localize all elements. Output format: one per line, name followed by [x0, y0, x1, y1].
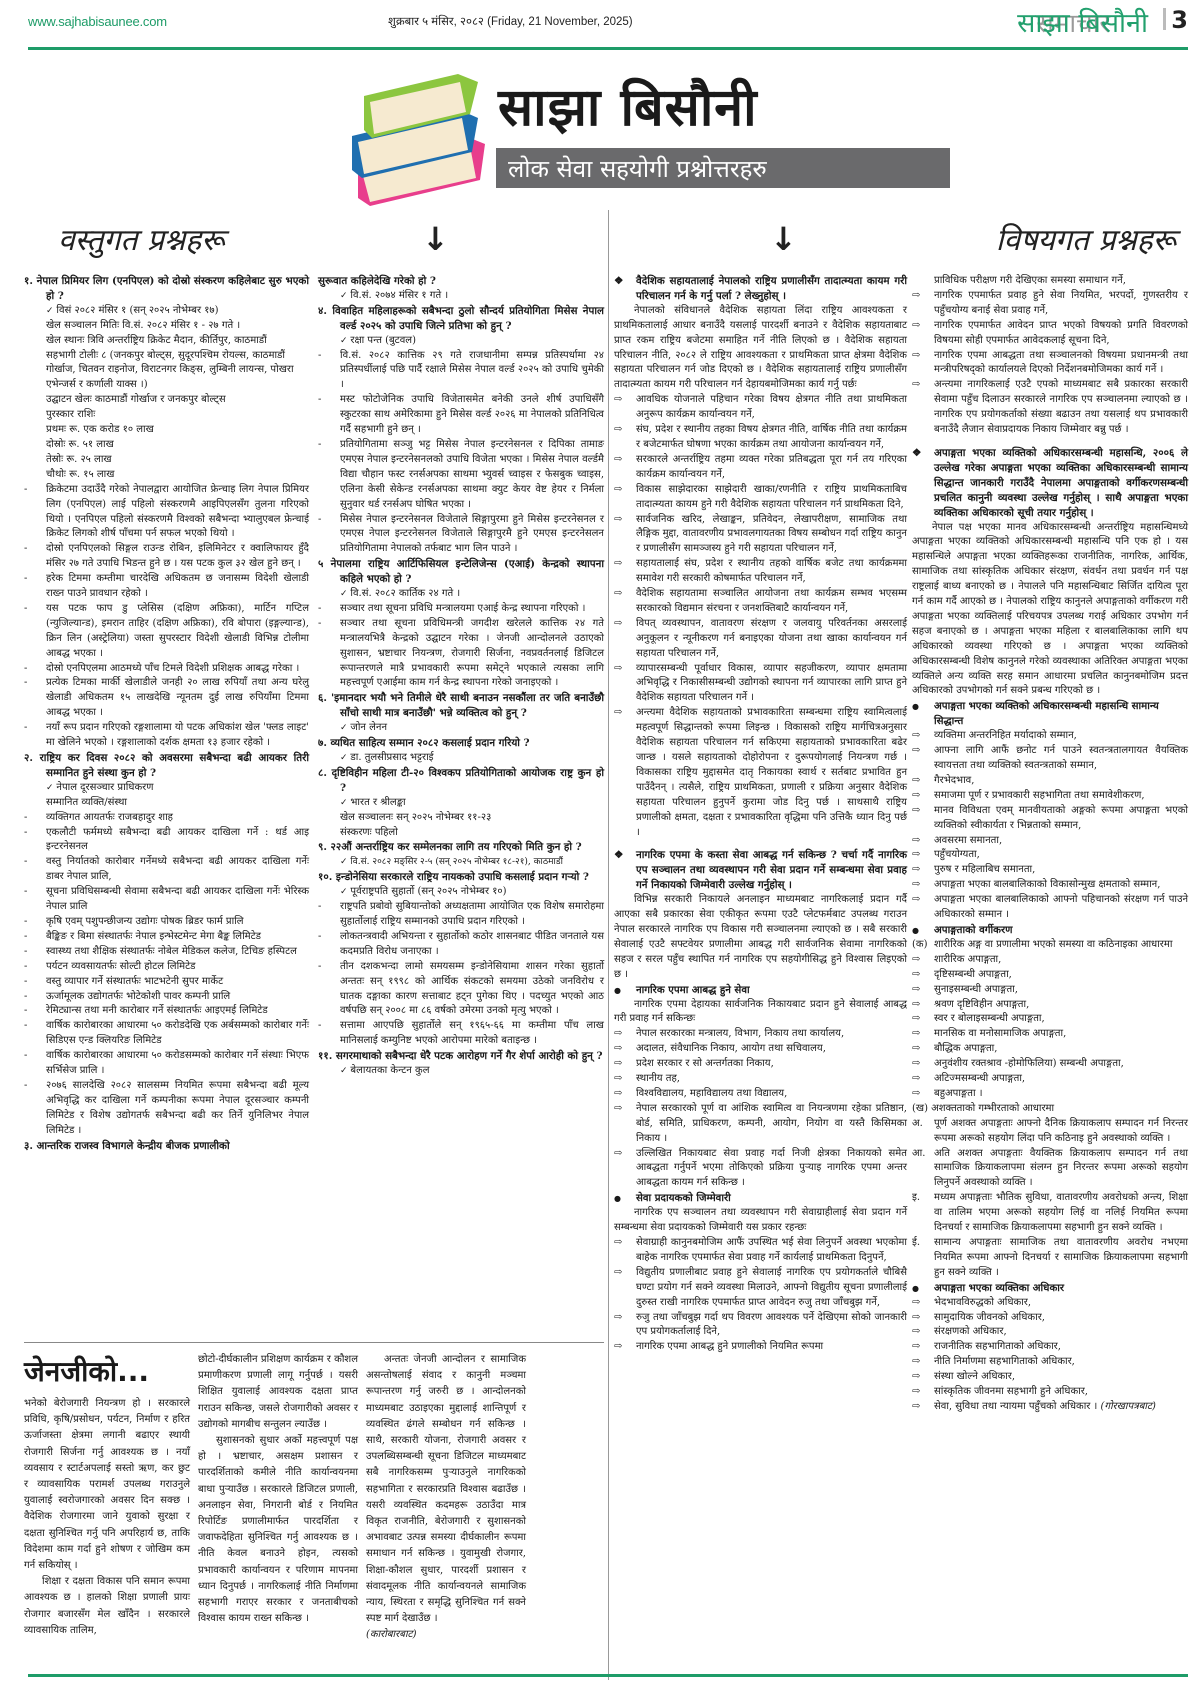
dash-marker: -	[318, 617, 340, 632]
list-item: -राष्ट्रपति प्रबोवो सुबियान्तोको अध्यक्ष…	[318, 900, 604, 930]
subheading: ●अपाङ्गता भएका व्यक्तिको अधिकारसम्बन्धी …	[912, 699, 1188, 729]
continued-text: प्राविधिक परीक्षण गरी देखिएका समस्या समा…	[912, 274, 1188, 289]
arrow-right-icon: ⇨	[912, 1296, 934, 1311]
list-item-text: सांस्कृतिक जीवनमा सहभागी हुने अधिकार,	[934, 1386, 1088, 1397]
list-item: ⇨मानसिक वा मनोसामाजिक अपाङ्गता,	[912, 1027, 1188, 1042]
list-marker: अ.	[912, 1117, 934, 1132]
list-item-text: राजनीतिक सहभागिताको अधिकार,	[934, 1341, 1061, 1352]
arrow-right-icon: ⇨	[912, 1385, 934, 1400]
list-item-text: एकलौटी फर्ममध्ये सबैभन्दा बढी आयकर दाखिल…	[46, 827, 309, 853]
arrow-right-icon: ⇨	[912, 789, 934, 804]
subheading-text: नागरिक एपमा आबद्ध हुने सेवा	[636, 984, 750, 996]
question-text: नागरिक एपमा के कस्ता सेवा आबद्ध गर्न सकि…	[636, 849, 907, 891]
answer-7: डा. तुलसीप्रसाद भट्टराई	[318, 751, 604, 766]
list-item-text: प्रतियोगितामा सञ्जु भट्ट मिसेस नेपाल इन्…	[340, 439, 604, 510]
page-number-divider	[1163, 8, 1166, 30]
detail-line: सम्मानित व्यक्ति/संस्था	[24, 796, 309, 811]
answer-4: रक्षा पन्त (बुटवल)	[318, 334, 604, 349]
arrow-right-icon: ⇨	[912, 834, 934, 849]
list-item: ⇨अपाङ्गता भएका बालबालिकाको आफ्नो पहिचानक…	[912, 893, 1188, 923]
column-divider	[608, 210, 609, 1680]
article-column-1: भनेको बेरोजगारी नियन्त्रण हो । सरकारले प…	[24, 1396, 190, 1639]
dash-marker: -	[24, 855, 46, 870]
list-item: -पर्यटन व्यवसायतर्फः सोल्टी होटल लिमिटेड	[24, 960, 309, 975]
list-item: (क)शारीरिक अङ्ग वा प्रणालीमा भएको समस्या…	[912, 938, 1188, 953]
list-item-text: मस्ट फोटोजेनिक उपाधि विजेतासमेत बनेकी उन…	[340, 394, 604, 435]
detail-line: उद्घाटन खेलः काठमाडौं गोर्खाज र जनकपुर ब…	[24, 393, 309, 408]
list-item: ⇨अन्त्यमा वैदेशिक सहायताको प्रभावकारिता …	[614, 706, 907, 840]
subjective-question-2: ❖नागरिक एपमा के कस्ता सेवा आबद्ध गर्न सक…	[614, 848, 907, 893]
list-item: -कृषि एवम् पशुपन्छीजन्य उद्योगः पोषक ब्र…	[24, 915, 309, 930]
list-item-text: सेवा, सुविधा तथा न्यायमा पहुँचको अधिकार …	[934, 1401, 1097, 1412]
list-item: -२०७६ सालदेखि २०८२ सालसम्म नियमित रूपमा …	[24, 1079, 309, 1139]
list-item: ⇨विकास साझेदारका साझेदारी खाका/रणनीति र …	[614, 483, 907, 513]
dash-marker: -	[24, 930, 46, 945]
arrow-right-icon: ⇨	[912, 893, 934, 908]
list-item: -दोस्रो एनपिएलको सिङ्गल राउन्ड रोबिन, इल…	[24, 542, 309, 572]
detail-line: सहभागी टोलीः ८ (जनकपुर बोल्ट्स, सुदूरपश्…	[24, 349, 309, 394]
list-item-text: अनुवंशीय रक्तश्राव -होमोफिलिया) सम्बन्धी…	[934, 1058, 1124, 1069]
answer-8: भारत र श्रीलङ्का	[318, 796, 604, 811]
dash-marker: -	[24, 1004, 46, 1019]
list-item: -यस पटक फाप डु प्लेसिस (दक्षिण अफ्रिका),…	[24, 602, 309, 662]
list-item: -सत्तामा आएपछि सुहार्तोले सन् १९६५-६६ मा…	[318, 1019, 604, 1049]
list-item: ⇨अवसरमा समानता,	[912, 834, 1188, 849]
list-item: ⇨उल्लिखित निकायबाट सेवा प्रवाह गर्दा निज…	[614, 1147, 907, 1192]
list-item: ⇨नागरिक एपमार्फत प्रवाह हुने सेवा नियमित…	[912, 289, 1188, 319]
diamond-bullet-icon: ❖	[614, 848, 636, 863]
subheading: ●नागरिक एपमा आबद्ध हुने सेवा	[614, 983, 907, 998]
article-paragraph: सुशासनको सुधार अर्को महत्त्वपूर्ण पक्ष ह…	[198, 1433, 358, 1627]
list-item-text: विद्युतीय प्रणालीबाट प्रवाह हुने सेवालाई…	[636, 1267, 907, 1308]
list-item-text: समाजमा पूर्ण र प्रभावकारी सहभागिता तथा स…	[934, 790, 1145, 801]
detail-line: पुरस्कार राशिः	[24, 408, 309, 423]
subjective-question-1: ❖वैदेशिक सहायतालाई नेपालको राष्ट्रिय प्र…	[614, 274, 907, 304]
subheading: ●सेवा प्रदायकको जिम्मेवारी	[614, 1191, 907, 1206]
arrow-right-icon: ⇨	[912, 1311, 934, 1326]
arrow-right-icon: ⇨	[614, 1102, 636, 1117]
answer-6: जोन लेनन	[318, 721, 604, 736]
arrow-right-icon: ⇨	[912, 998, 934, 1013]
list-item-text: पुरुष र महिलाबिच समानता,	[934, 864, 1035, 875]
list-item: ⇨विद्युतीय प्रणालीबाट प्रवाह हुने सेवाला…	[614, 1266, 907, 1311]
list-item-text: व्यापारसम्बन्धी पूर्वाधार विकास, व्यापार…	[636, 663, 907, 704]
dash-marker: -	[24, 975, 46, 990]
list-item: ⇨स्वर र बोलाइसम्बन्धी अपाङ्गता,	[912, 1012, 1188, 1027]
arrow-right-icon: ⇨	[912, 983, 934, 998]
list-item: ⇨वैदेशिक सहायतामा सञ्चालित आयोजना तथा का…	[614, 587, 907, 617]
list-item-text: सामान्य अपाङ्गताः सामाजिक तथा वातावरणीय …	[934, 1237, 1188, 1278]
detail-line: खेल सञ्चालनः सन् २०२५ नोभेम्बर ११-२३	[318, 811, 604, 826]
list-item-text: तीन दशकभन्दा लामो समयसम्म इन्डोनेसियामा …	[340, 961, 604, 1017]
answer-paragraph: नागरिक एप सञ्चालन तथा व्यवस्थापन गरी सेव…	[614, 1206, 907, 1236]
list-item: -मस्ट फोटोजेनिक उपाधि विजेतासमेत बनेकी उ…	[318, 393, 604, 438]
list-item-text: संस्था खोल्ने अधिकार,	[934, 1371, 1015, 1382]
answer-paragraph: नागरिक एपमा देहायका सार्वजनिक निकायबाट प…	[614, 998, 907, 1028]
list-item-text: अपाङ्गता भएका बालबालिकाको विकासोन्मुख क्…	[934, 879, 1160, 890]
header-rule	[28, 47, 1188, 50]
dash-marker: -	[24, 572, 46, 587]
list-item: ⇨स्थानीय तह,	[614, 1072, 907, 1087]
list-item-text: संरक्षणको अधिकार,	[934, 1326, 1007, 1337]
list-item: -मिसेस नेपाल इन्टरनेसनल विजेताले सिङ्गाप…	[318, 513, 604, 558]
arrow-right-icon: ⇨	[614, 1236, 636, 1251]
list-item-text: नेपाल सरकारका मन्त्रालय, विभाग, निकाय तथ…	[636, 1028, 844, 1039]
arrow-right-icon: ⇨	[912, 319, 934, 334]
list-item-text: नागरिक एपमा आबद्ध हुने प्रणालीको नियमित …	[636, 1341, 823, 1352]
arrow-right-icon: ⇨	[912, 1012, 934, 1027]
masthead: साझा बिसौनी लोक सेवा सहयोगी प्रश्नोत्तरह…	[330, 68, 950, 208]
list-item-text: विश्वविद्यालय, महाविद्यालय तथा विद्यालय,	[636, 1088, 787, 1099]
list-item: -वस्तु व्यापार गर्ने संस्थातर्फः भाटभटेन…	[24, 975, 309, 990]
diamond-bullet-icon: ❖	[912, 446, 934, 461]
list-item: -सूचना प्रविधिसम्बन्धी सेवामा सबैभन्दा ब…	[24, 885, 309, 915]
list-marker: आ.	[912, 1147, 934, 1162]
list-item-text: २०७६ सालदेखि २०८२ सालसम्म नियमित रूपमा स…	[46, 1080, 309, 1136]
question-4: ४. विवाहित महिलाहरूको सबैभन्दा ठुलो सौन्…	[318, 304, 604, 334]
list-item: -लोकतन्त्रवादी अभियन्ता र सुहार्तोको कठो…	[318, 930, 604, 960]
list-item: ⇨गैरभेदभाव,	[912, 774, 1188, 789]
answer-paragraph: नेपाल पक्ष भएका मानव अधिकारसम्बन्धी अन्त…	[912, 521, 1188, 700]
arrow-right-icon: ⇨	[614, 1266, 636, 1281]
list-item: -ऊर्जामूलक उद्योगतर्फः भोटेकोशी पावर कम्…	[24, 990, 309, 1005]
list-item: ⇨संघ, प्रदेश र स्थानीय तहका विषय क्षेत्र…	[614, 423, 907, 453]
list-item: ⇨मानव विविधता एवम् मानवीयताको अङ्गको रूप…	[912, 804, 1188, 834]
list-item-text: क्रिकेटमा उदाउँदै गरेको नेपालद्वारा आयोज…	[46, 484, 309, 540]
subheading-text: सेवा प्रदायकको जिम्मेवारी	[636, 1192, 731, 1204]
list-item-text: सरकारले अन्तर्राष्ट्रिय तहमा व्यक्त गरेक…	[636, 454, 907, 480]
list-item-text: मिसेस नेपाल इन्टरनेसनल विजेताले सिङ्गापु…	[340, 514, 604, 555]
list-heading: (ख) अशक्तताको गम्भीरताको आधारमा	[912, 1102, 1188, 1117]
list-item-text: सहायतालाई संघ, प्रदेश र स्थानीय तहको वार…	[636, 558, 907, 584]
subjective-column-2: प्राविधिक परीक्षण गरी देखिएका समस्या समा…	[912, 274, 1188, 1415]
arrow-right-icon: ⇨	[912, 744, 934, 759]
page-number: 3	[1171, 6, 1188, 34]
list-item: -वार्षिक कारोबारका आधारमा ५० करोडदेखि एक…	[24, 1019, 309, 1049]
site-url-link[interactable]: www.sajhabisaunee.com	[28, 14, 167, 29]
list-item: ⇨सांस्कृतिक जीवनमा सहभागी हुने अधिकार,	[912, 1385, 1188, 1400]
list-item-text: वार्षिक कारोबारका आधारमा ५० करोडसम्मको क…	[46, 1050, 309, 1076]
source-credit: (गोरखापत्रबाट)	[1101, 1401, 1156, 1412]
article-paragraph: भनेको बेरोजगारी नियन्त्रण हो । सरकारले प…	[24, 1396, 190, 1574]
objective-questions-heading: वस्तुगत प्रश्नहरू	[58, 218, 225, 259]
subheading-text: अपाङ्गताको वर्गीकरण	[934, 924, 1013, 936]
arrow-right-icon: ⇨	[614, 587, 636, 602]
dash-marker: -	[318, 602, 340, 617]
article-divider	[24, 1342, 604, 1343]
arrow-right-icon: ⇨	[912, 1355, 934, 1370]
list-item-text: सूचना प्रविधिसम्बन्धी सेवामा सबैभन्दा बढ…	[46, 886, 309, 912]
list-item: -बैङ्किङ र बिमा संस्थातर्फः नेपाल इन्भेस…	[24, 930, 309, 945]
question-7: ७. व्यथित साहित्य सम्मान २०८२ कसलाई प्रद…	[318, 736, 604, 751]
list-item-text: पहुँचयोग्यता,	[934, 849, 980, 860]
arrow-right-icon: ⇨	[912, 953, 934, 968]
list-item-text: अटिज्मसम्बन्धी अपाङ्गता,	[934, 1073, 1025, 1084]
source-credit: (कारोबारबाट)	[366, 1627, 526, 1643]
article-title: जेनजीको...	[24, 1352, 149, 1390]
dash-marker: -	[318, 438, 340, 453]
arrow-right-icon: ⇨	[912, 289, 934, 304]
dash-marker: -	[318, 900, 340, 915]
arrow-right-icon: ⇨	[614, 706, 636, 721]
list-item: ⇨अटिज्मसम्बन्धी अपाङ्गता,	[912, 1072, 1188, 1087]
dash-marker: -	[318, 393, 340, 408]
arrow-right-icon: ⇨	[614, 1072, 636, 1087]
dash-marker: -	[24, 826, 46, 841]
list-item-text: अपाङ्गता भएका बालबालिकाको आफ्नो पहिचानको…	[934, 894, 1188, 920]
diamond-bullet-icon: ❖	[614, 274, 636, 289]
list-item-text: रुजु तथा जाँचबुझ गर्दा थप विवरण आवश्यक प…	[636, 1312, 907, 1338]
masthead-subtitle-banner: लोक सेवा सहयोगी प्रश्नोत्तरहरु	[496, 148, 950, 188]
question-6: ६. 'इमानदार भयौ भने तिमीले धेरै साथी बना…	[318, 691, 604, 721]
arrow-right-icon: ⇨	[912, 1340, 934, 1355]
list-item: ⇨सुनाइसम्बन्धी अपाङ्गता,	[912, 983, 1188, 998]
list-item-text: नीति निर्माणमा सहभागिताको अधिकार,	[934, 1356, 1075, 1367]
list-item: -स्वास्थ्य तथा शैक्षिक संस्थातर्फः नोबेल…	[24, 945, 309, 960]
list-item: इ.मध्यम अपाङ्गताः भौतिक सुविधा, वातावरणी…	[912, 1191, 1188, 1236]
answer-5: वि.सं. २०८२ कार्तिक २४ गते ।	[318, 587, 604, 602]
arrow-right-icon: ⇨	[614, 393, 636, 408]
question-2: २. राष्ट्रिय कर दिवस २०८२ को अवसरमा सबैभ…	[24, 751, 309, 781]
arrow-right-icon: ⇨	[614, 1087, 636, 1102]
arrow-right-icon: ⇨	[912, 804, 934, 819]
subheading-text: अपाङ्गता भएका व्यक्तिका अधिकार	[934, 1282, 1064, 1294]
list-item-text: प्रत्येक टिमका मार्की खेलाडीले जनही २० ल…	[46, 677, 309, 718]
list-item-text: ऊर्जामूलक उद्योगतर्फः भोटेकोशी पावर कम्प…	[46, 991, 230, 1002]
list-item: ⇨पुरुष र महिलाबिच समानता,	[912, 863, 1188, 878]
arrow-right-icon: ⇨	[912, 1370, 934, 1385]
list-item-text: वि.सं. २०८२ कात्तिक २९ गते राजधानीमा सम्…	[340, 350, 604, 391]
list-item: -नयाँ रूप प्रदान गरिएको रङ्गशालामा यो पट…	[24, 721, 309, 751]
dash-marker: -	[24, 1049, 46, 1064]
list-item: ⇨बहुअपाङ्गता ।	[912, 1087, 1188, 1102]
list-item: ⇨सेवा, सुविधा तथा न्यायमा पहुँचको अधिकार…	[912, 1400, 1188, 1415]
detail-line: प्रथमः रू. एक करोड १० लाख	[24, 423, 309, 438]
masthead-title: साझा बिसौनी	[498, 70, 758, 141]
answer-paragraph: विभिन्न सरकारी निकायले अनलाइन माध्यमबाट …	[614, 893, 907, 982]
list-item: ⇨राजनीतिक सहभागिताको अधिकार,	[912, 1340, 1188, 1355]
question-9: ९. २२औं अन्तर्राष्ट्रिय कर सम्मेलनका लाग…	[318, 840, 604, 855]
issue-date: शुक्रबार ५ मंसिर, २०८२ (Friday, 21 Novem…	[388, 14, 633, 29]
article-column-3: अन्ततः जेनजी आन्दोलन र सामाजिक असन्तोषला…	[366, 1352, 526, 1644]
list-item: ⇨रुजु तथा जाँचबुझ गर्दा थप विवरण आवश्यक …	[614, 1311, 907, 1341]
article-column-2: छोटो-दीर्घकालीन प्रशिक्षण कार्यक्रम र कौ…	[198, 1352, 358, 1627]
arrow-right-icon: ⇨	[912, 1400, 934, 1415]
list-item-text: उल्लिखित निकायबाट सेवा प्रवाह गर्दा निजी…	[636, 1148, 907, 1189]
list-item-text: रेमिट्यान्स तथा मनी कारोबार गर्ने संस्था…	[46, 1005, 268, 1016]
question-text: अपाङ्गता भएका व्यक्तिको अधिकारसम्बन्धी म…	[934, 447, 1188, 519]
list-item-text: वस्तु व्यापार गर्ने संस्थातर्फः भाटभटेनी…	[46, 976, 223, 987]
list-item: ⇨अदालत, संवैधानिक निकाय, आयोग तथा सचिवाल…	[614, 1042, 907, 1057]
arrow-right-icon: ⇨	[912, 729, 934, 744]
dash-marker: -	[24, 676, 46, 691]
list-item-text: बौद्धिक अपाङ्गता,	[934, 1043, 997, 1054]
subjective-column-1: ❖वैदेशिक सहायतालाई नेपालको राष्ट्रिय प्र…	[614, 274, 907, 1355]
detail-line: चौथोः रू. १५ लाख	[24, 468, 309, 483]
dash-marker: -	[24, 945, 46, 960]
question-3-continued: सुरूवात कहिलेदेखि गरेको हो ?	[318, 274, 604, 289]
subheading: ●अपाङ्गताको वर्गीकरण	[912, 923, 1188, 938]
list-item: ⇨समाजमा पूर्ण र प्रभावकारी सहभागिता तथा …	[912, 789, 1188, 804]
column-brand: साझा बिसौनी	[1017, 3, 1148, 40]
list-item-text: आवधिक योजनाले पहिचान गरेका विषय क्षेत्रग…	[636, 394, 907, 420]
list-item-text: लोकतन्त्रवादी अभियन्ता र सुहार्तोको कठोर…	[340, 931, 604, 957]
arrow-right-icon: ⇨	[912, 968, 934, 983]
list-item-text: नेपाल सरकारको पूर्ण वा आंशिक स्वामित्व व…	[636, 1103, 907, 1144]
list-item-text: सार्वजनिक खरिद, लेखाङ्कन, प्रतिवेदन, लेख…	[636, 514, 907, 555]
question-11: ११. सगरमाथाको सबैभन्दा धेरै पटक आरोहण गर…	[318, 1049, 604, 1064]
list-item: -तीन दशकभन्दा लामो समयसम्म इन्डोनेसियामा…	[318, 960, 604, 1020]
list-item: -व्यक्तिगत आयतर्फः राजबहादुर शाह	[24, 811, 309, 826]
bullet-icon: ●	[614, 1191, 636, 1206]
dash-marker: -	[24, 1019, 46, 1034]
list-item: ⇨नेपाल सरकारका मन्त्रालय, विभाग, निकाय त…	[614, 1027, 907, 1042]
list-item-text: गैरभेदभाव,	[934, 775, 974, 786]
arrow-right-icon: ⇨	[912, 349, 934, 364]
list-item-text: बहुअपाङ्गता ।	[934, 1088, 983, 1099]
list-item-text: राष्ट्रपति प्रबोवो सुबियान्तोको अध्यक्षत…	[340, 901, 604, 927]
list-item: -रेमिट्यान्स तथा मनी कारोबार गर्ने संस्थ…	[24, 1004, 309, 1019]
list-item-text: शारीरिक अङ्ग वा प्रणालीमा भएको समस्या वा…	[934, 939, 1172, 950]
list-item: अ.पूर्ण अशक्त अपाङ्गताः आफ्नो दैनिक क्रि…	[912, 1117, 1188, 1147]
list-item-text: मध्यम अपाङ्गताः भौतिक सुविधा, वातावरणीय …	[934, 1192, 1188, 1233]
list-item: ⇨सामुदायिक जीवनको अधिकार,	[912, 1311, 1188, 1326]
list-item: आ.अति अशक्त अपाङ्गताः वैयक्तिक क्रियाकला…	[912, 1147, 1188, 1192]
list-item-text: सामुदायिक जीवनको अधिकार,	[934, 1312, 1045, 1323]
arrow-down-icon: ↓	[770, 220, 797, 258]
arrow-right-icon: ⇨	[912, 863, 934, 878]
objective-column-1: १. नेपाल प्रिमियर लिग (एनपिएल) को दोस्रो…	[24, 274, 309, 1153]
arrow-right-icon: ⇨	[912, 378, 934, 393]
list-item: ⇨सहायतालाई संघ, प्रदेश र स्थानीय तहको वा…	[614, 557, 907, 587]
dash-marker: -	[24, 915, 46, 930]
list-item: ⇨व्यक्तिमा अन्तरनिहित मर्यादाको सम्मान,	[912, 729, 1188, 744]
arrow-right-icon: ⇨	[614, 513, 636, 528]
list-marker: ई.	[912, 1236, 934, 1251]
arrow-right-icon: ⇨	[614, 1042, 636, 1057]
list-item-text: कृषि एवम् पशुपन्छीजन्य उद्योगः पोषक ब्रि…	[46, 916, 244, 927]
list-item-text: भेदभावविरुद्धको अधिकार,	[934, 1297, 1031, 1308]
list-item: -वस्तु निर्यातको कारोबार गर्नेमध्ये सबैभ…	[24, 855, 309, 885]
question-10: १०. इन्डोनेसिया सरकारले राष्ट्रिय नायकको…	[318, 870, 604, 885]
list-item-text: दोस्रो एनपिएलमा आठमध्ये पाँच टिमले विदेश…	[46, 663, 299, 674]
list-item-text: हरेक टिममा कम्तीमा चारदेखि अधिकतम छ जनास…	[46, 573, 309, 599]
list-item-text: सञ्चार तथा सूचना प्रविधिमन्त्री जगदीश खर…	[340, 618, 604, 689]
bullet-icon: ●	[912, 699, 934, 714]
answer-9: वि.सं. २०८२ मङ्सिर २-५ (सन् २०२५ नोभेम्ब…	[318, 855, 604, 870]
question-8: ८. दृष्टिविहीन महिला टी-२० विश्वकप प्रति…	[318, 766, 604, 796]
arrow-right-icon: ⇨	[912, 774, 934, 789]
list-item: -हरेक टिममा कम्तीमा चारदेखि अधिकतम छ जना…	[24, 572, 309, 602]
list-item-text: आफ्ना लागि आफैं छनोट गर्न पाउने स्वतन्त्…	[934, 745, 1188, 771]
list-item: -प्रत्येक टिमका मार्की खेलाडीले जनही २० …	[24, 676, 309, 721]
list-item: ⇨व्यापारसम्बन्धी पूर्वाधार विकास, व्यापा…	[614, 662, 907, 707]
list-item: ⇨श्रवण दृष्टिविहीन अपाङ्गता,	[912, 998, 1188, 1013]
list-item-text: मानसिक वा मनोसामाजिक अपाङ्गता,	[934, 1028, 1066, 1039]
list-item-text: अदालत, संवैधानिक निकाय, आयोग तथा सचिवालय…	[636, 1043, 826, 1054]
list-item: -वार्षिक कारोबारका आधारमा ५० करोडसम्मको …	[24, 1049, 309, 1079]
list-item-text: वार्षिक कारोबारका आधारमा ५० करोडदेखि एक …	[46, 1020, 309, 1046]
arrow-right-icon: ⇨	[912, 1057, 934, 1072]
list-item: ⇨नेपाल सरकारको पूर्ण वा आंशिक स्वामित्व …	[614, 1102, 907, 1147]
list-item-text: अवसरमा समानता,	[934, 835, 1002, 846]
arrow-right-icon: ⇨	[614, 423, 636, 438]
list-item-text: सेवाग्राही कानुनबमोजिम आफैं उपस्थित भई स…	[636, 1237, 907, 1263]
answer-1: विसं २०८२ मंसिर १ (सन् २०२५ नोभेम्बर १७)	[24, 304, 309, 319]
answer-paragraph: नेपालको संविधानले वैदेशिक सहायता लिंदा र…	[614, 304, 907, 393]
detail-line: खेल सञ्चालन मितिः वि.सं. २०८२ मंसिर १ - …	[24, 319, 309, 334]
arrow-right-icon: ⇨	[912, 1325, 934, 1340]
dash-marker: -	[24, 662, 46, 677]
subjective-questions-heading: विषयगत प्रश्नहरू	[996, 218, 1176, 259]
list-item: ⇨पहुँचयोग्यता,	[912, 848, 1188, 863]
arrow-right-icon: ⇨	[614, 557, 636, 572]
arrow-right-icon: ⇨	[912, 1042, 934, 1057]
arrow-right-icon: ⇨	[614, 483, 636, 498]
list-item: ⇨विश्वविद्यालय, महाविद्यालय तथा विद्यालय…	[614, 1087, 907, 1102]
list-item: ⇨आफ्ना लागि आफैं छनोट गर्न पाउने स्वतन्त…	[912, 744, 1188, 774]
subheading: ●अपाङ्गता भएका व्यक्तिका अधिकार	[912, 1281, 1188, 1296]
spacer	[912, 438, 1188, 446]
list-item-text: विपत् व्यवस्थापन, वातावरण संरक्षण र जलवा…	[636, 618, 907, 659]
arrow-right-icon: ⇨	[912, 1027, 934, 1042]
subjective-question-3: ❖अपाङ्गता भएका व्यक्तिको अधिकारसम्बन्धी …	[912, 446, 1188, 521]
list-item: ⇨शारीरिक अपाङ्गता,	[912, 953, 1188, 968]
dash-marker: -	[24, 811, 46, 826]
list-item-text: नागरिक एपमार्फत प्रवाह हुने सेवा नियमित,…	[934, 290, 1188, 316]
list-item-text: पर्यटन व्यवसायतर्फः सोल्टी होटल लिमिटेड	[46, 961, 196, 972]
book-stack-icon	[330, 68, 510, 208]
arrow-right-icon: ⇨	[614, 1147, 636, 1162]
list-item-text: विकास साझेदारका साझेदारी खाका/रणनीति र र…	[636, 484, 907, 510]
article-paragraph: शिक्षा र दक्षता विकास पनि समान रूपमा आवश…	[24, 1574, 190, 1639]
list-item-text: प्रदेश सरकार र सो अन्तर्गतका निकाय,	[636, 1058, 774, 1069]
page-header: www.sajhabisaunee.com शुक्रबार ५ मंसिर, …	[28, 0, 1188, 44]
list-item-text: स्थानीय तह,	[636, 1073, 680, 1084]
list-item: ⇨दृष्टिसम्बन्धी अपाङ्गता,	[912, 968, 1188, 983]
list-item: ⇨सार्वजनिक खरिद, लेखाङ्कन, प्रतिवेदन, ले…	[614, 513, 907, 558]
list-item-text: नयाँ रूप प्रदान गरिएको रङ्गशालामा यो पटक…	[46, 722, 309, 748]
article-paragraph: छोटो-दीर्घकालीन प्रशिक्षण कार्यक्रम र कौ…	[198, 1352, 358, 1433]
question-text: वैदेशिक सहायतालाई नेपालको राष्ट्रिय प्रण…	[636, 275, 907, 302]
dash-marker: -	[318, 513, 340, 528]
list-item: -एकलौटी फर्ममध्ये सबैभन्दा बढी आयकर दाखि…	[24, 826, 309, 856]
list-item-text: वस्तु निर्यातको कारोबार गर्नेमध्ये सबैभन…	[46, 856, 309, 882]
arrow-right-icon: ⇨	[614, 617, 636, 632]
list-item-text: अति अशक्त अपाङ्गताः वैयक्तिक क्रियाकलाप …	[934, 1148, 1188, 1189]
list-item-text: बैङ्किङ र बिमा संस्थातर्फः नेपाल इन्भेस्…	[46, 931, 261, 942]
arrow-right-icon: ⇨	[912, 848, 934, 863]
list-item: ⇨प्रदेश सरकार र सो अन्तर्गतका निकाय,	[614, 1057, 907, 1072]
answer-3: वि.सं. २०७४ मंसिर १ गते ।	[318, 289, 604, 304]
list-item: ⇨सरकारले अन्तर्राष्ट्रिय तहमा व्यक्त गरे…	[614, 453, 907, 483]
list-item: ⇨सेवाग्राही कानुनबमोजिम आफैं उपस्थित भई …	[614, 1236, 907, 1266]
list-item: ⇨संस्था खोल्ने अधिकार,	[912, 1370, 1188, 1385]
list-item: ⇨नागरिक एपमा आबद्ध हुने प्रणालीको नियमित…	[614, 1340, 907, 1355]
list-item-text: पूर्ण अशक्त अपाङ्गताः आफ्नो दैनिक क्रिया…	[934, 1118, 1188, 1144]
bullet-icon: ●	[614, 983, 636, 998]
list-item: ⇨नीति निर्माणमा सहभागिताको अधिकार,	[912, 1355, 1188, 1370]
list-item-text: वैदेशिक सहायतामा सञ्चालित आयोजना तथा कार…	[636, 588, 907, 614]
list-item: -क्रिकेटमा उदाउँदै गरेको नेपालद्वारा आयो…	[24, 483, 309, 543]
list-item: ⇨बौद्धिक अपाङ्गता,	[912, 1042, 1188, 1057]
question-5: ५ नेपालमा राष्ट्रिय आर्टिफिसियल इन्टेलिज…	[318, 557, 604, 587]
list-item: ⇨विपत् व्यवस्थापन, वातावरण संरक्षण र जलव…	[614, 617, 907, 662]
arrow-right-icon: ⇨	[912, 878, 934, 893]
list-item-text: शारीरिक अपाङ्गता,	[934, 954, 1001, 965]
list-item-text: दृष्टिसम्बन्धी अपाङ्गता,	[934, 969, 1012, 980]
dash-marker: -	[24, 990, 46, 1005]
